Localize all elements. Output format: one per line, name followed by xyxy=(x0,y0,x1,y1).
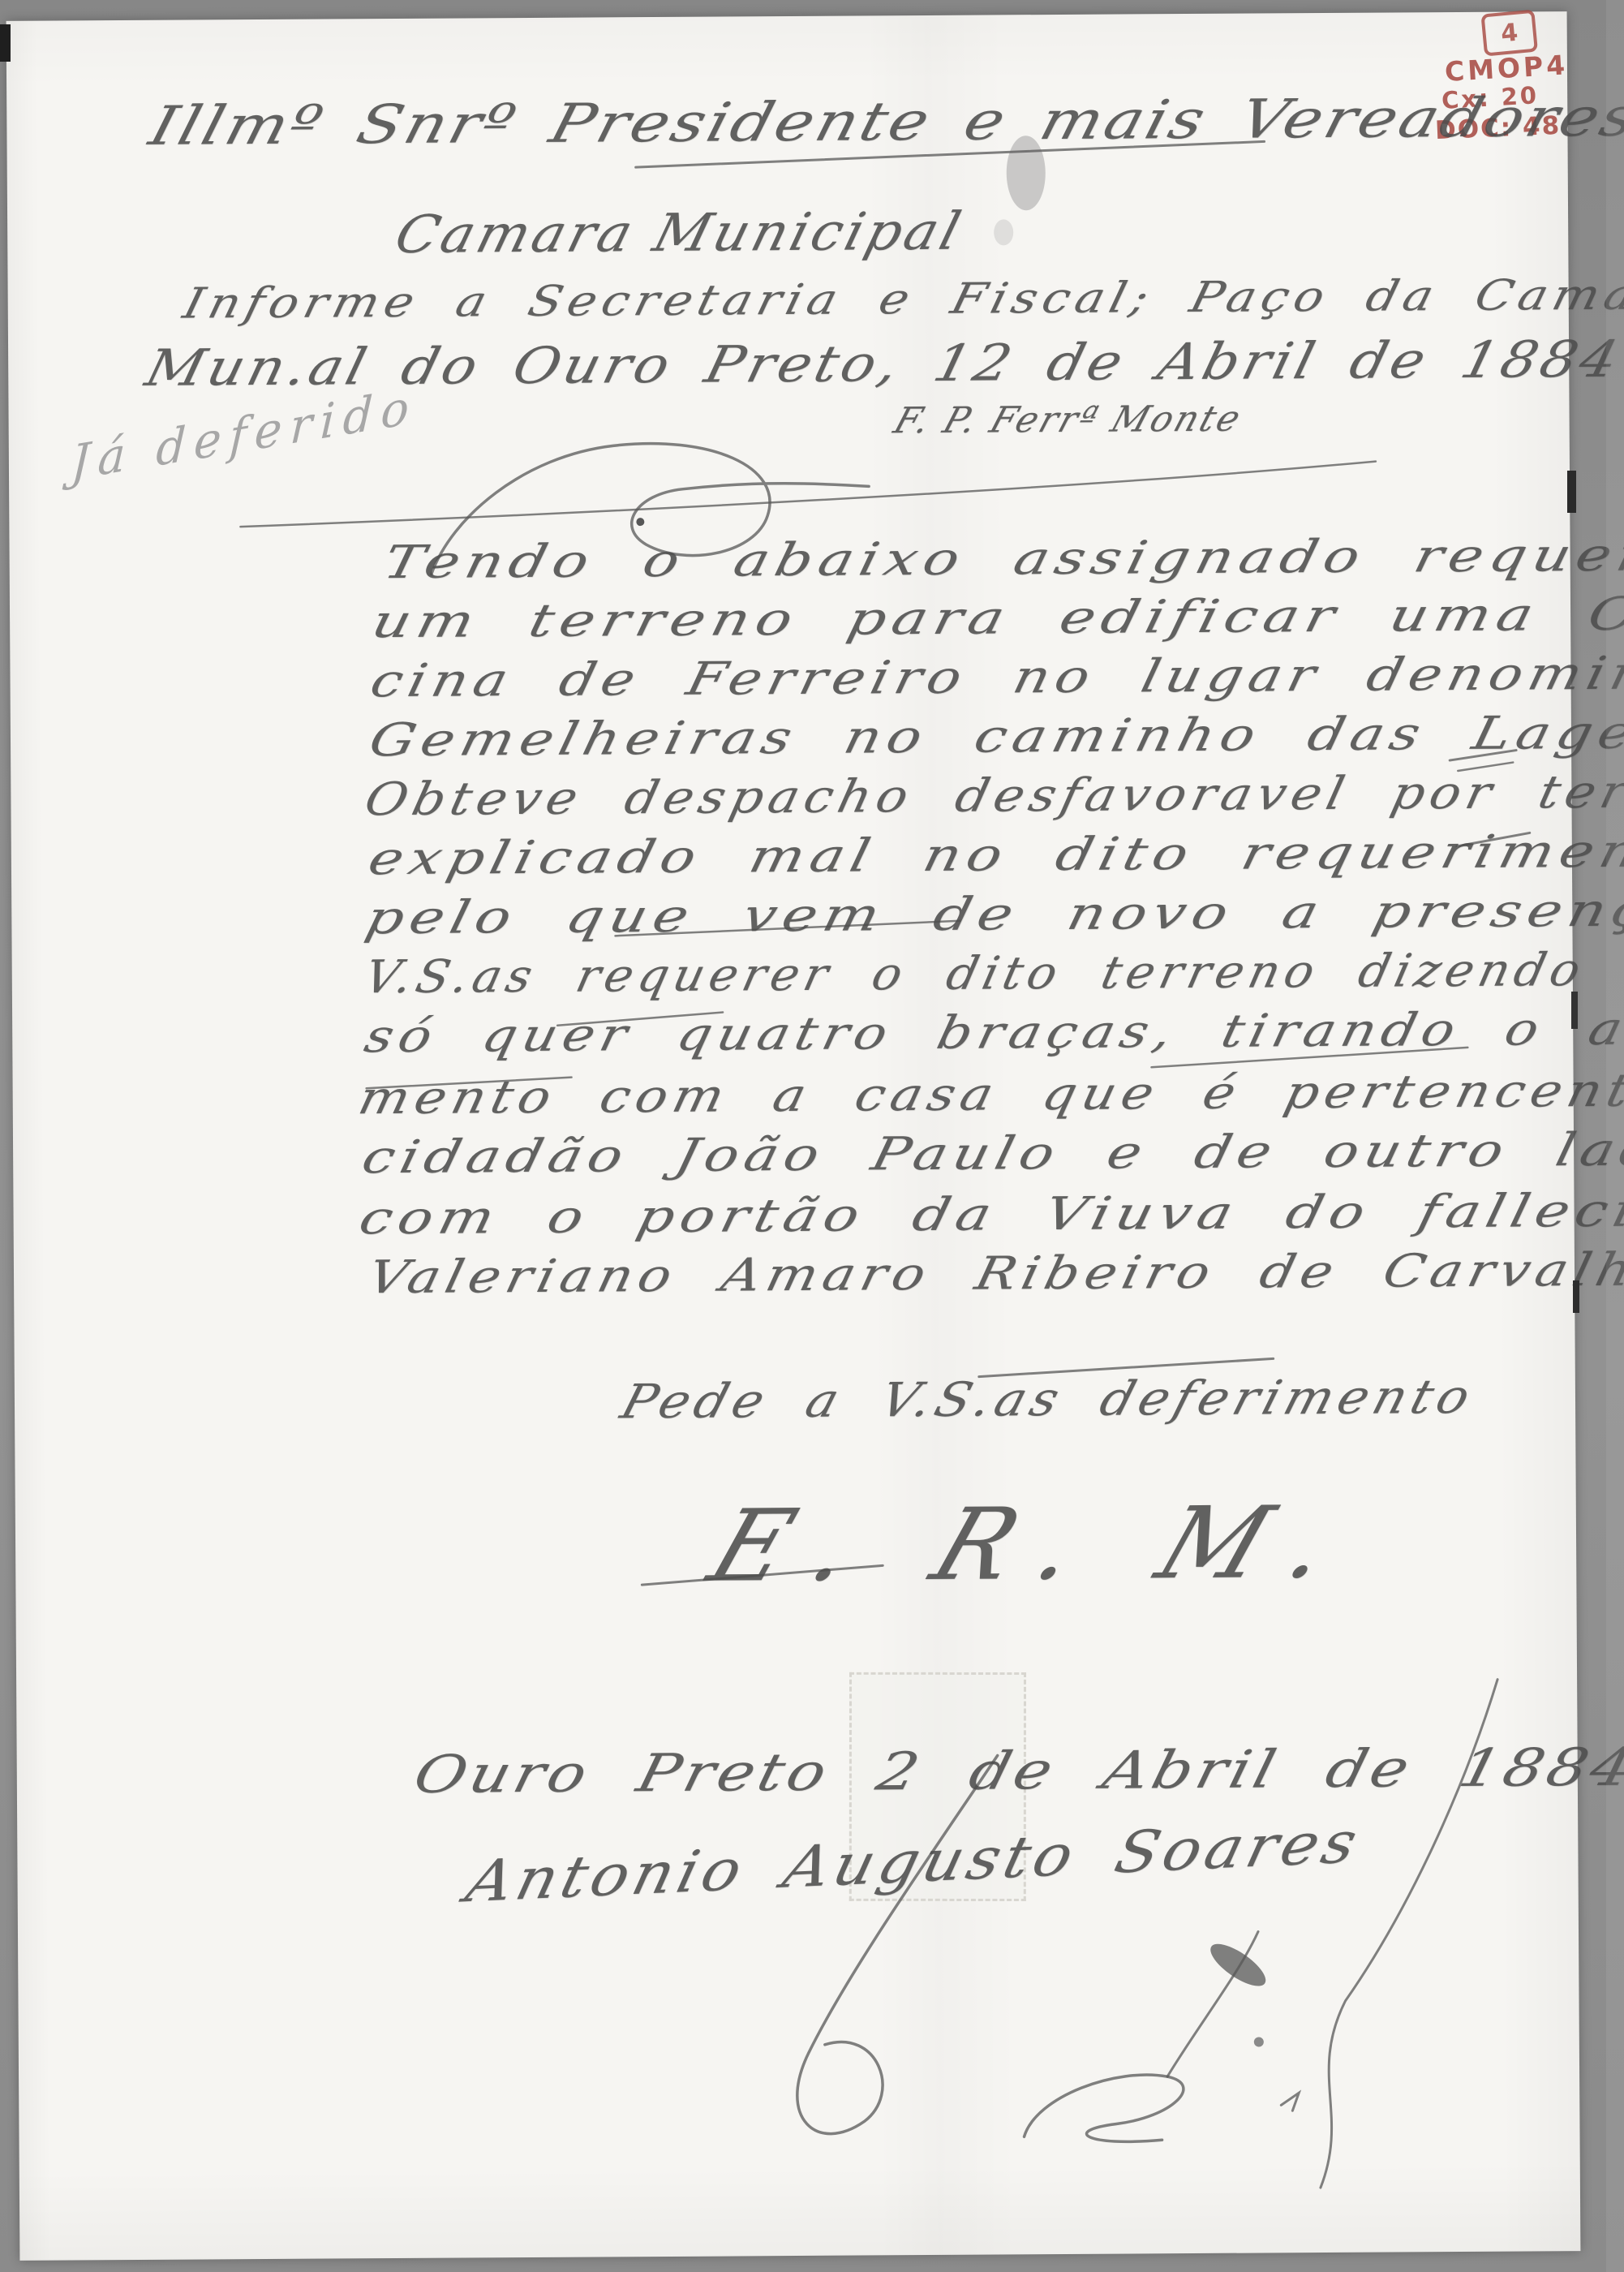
salutation-line: Illmº Snrº Presidente e mais Vereadores … xyxy=(144,85,1624,157)
scanned-document: L. xyxy=(0,0,1624,2272)
body-line: Valeriano Amaro Ribeiro de Carvalho, xyxy=(363,1243,1624,1304)
body-line: mento com a casa que é pertencente ao xyxy=(354,1063,1624,1125)
body-line: V.S.as requerer o dito terreno dizendo q… xyxy=(359,943,1624,1004)
page-number: 4 xyxy=(1500,18,1519,48)
scan-artifact xyxy=(1573,1280,1579,1313)
body-line: um terreno para edificar uma Offi xyxy=(367,587,1624,648)
clerk-signature: F. P. Ferrª Monte xyxy=(889,398,1248,442)
scan-artifact xyxy=(1571,992,1578,1029)
body-line: Tendo o abaixo assignado requerido xyxy=(379,528,1624,589)
body-line: pelo que vem de novo a presença de xyxy=(361,883,1624,945)
clerk-note-line1: Informe a Secretaria e Fiscal; Paço da C… xyxy=(178,270,1624,329)
body-line: Gemelheiras no caminho das Lages, o xyxy=(364,705,1624,767)
dateline: Ouro Preto 2 de Abril de 1884 xyxy=(408,1738,1624,1805)
body-line: cidadão João Paulo e de outro lado xyxy=(357,1123,1624,1184)
salutation-line2: Camara Municipal xyxy=(389,202,969,265)
body-line: explicado mal no dito requerimento xyxy=(363,824,1624,885)
clerk-note-line2: Mun.al do Ouro Preto, 12 de Abril de 188… xyxy=(140,329,1624,398)
page-number-stamp: 4 xyxy=(1480,10,1538,57)
body-line: Obteve despacho desfavoravel por ter-se xyxy=(360,765,1624,826)
petition-line: Pede a V.S.as deferimento xyxy=(615,1369,1481,1430)
closing-formula: E. R. M. xyxy=(696,1485,1377,1604)
scan-artifact xyxy=(0,24,11,62)
scan-artifact xyxy=(1567,471,1576,513)
body-line: cina de Ferreiro no lugar denominado xyxy=(366,647,1624,708)
body-line: só quer quatro braças, tirando o alinha xyxy=(359,1001,1624,1063)
document-page: L. xyxy=(6,11,1581,2261)
body-line: com o portão da Viuva do fallecido xyxy=(354,1184,1624,1245)
